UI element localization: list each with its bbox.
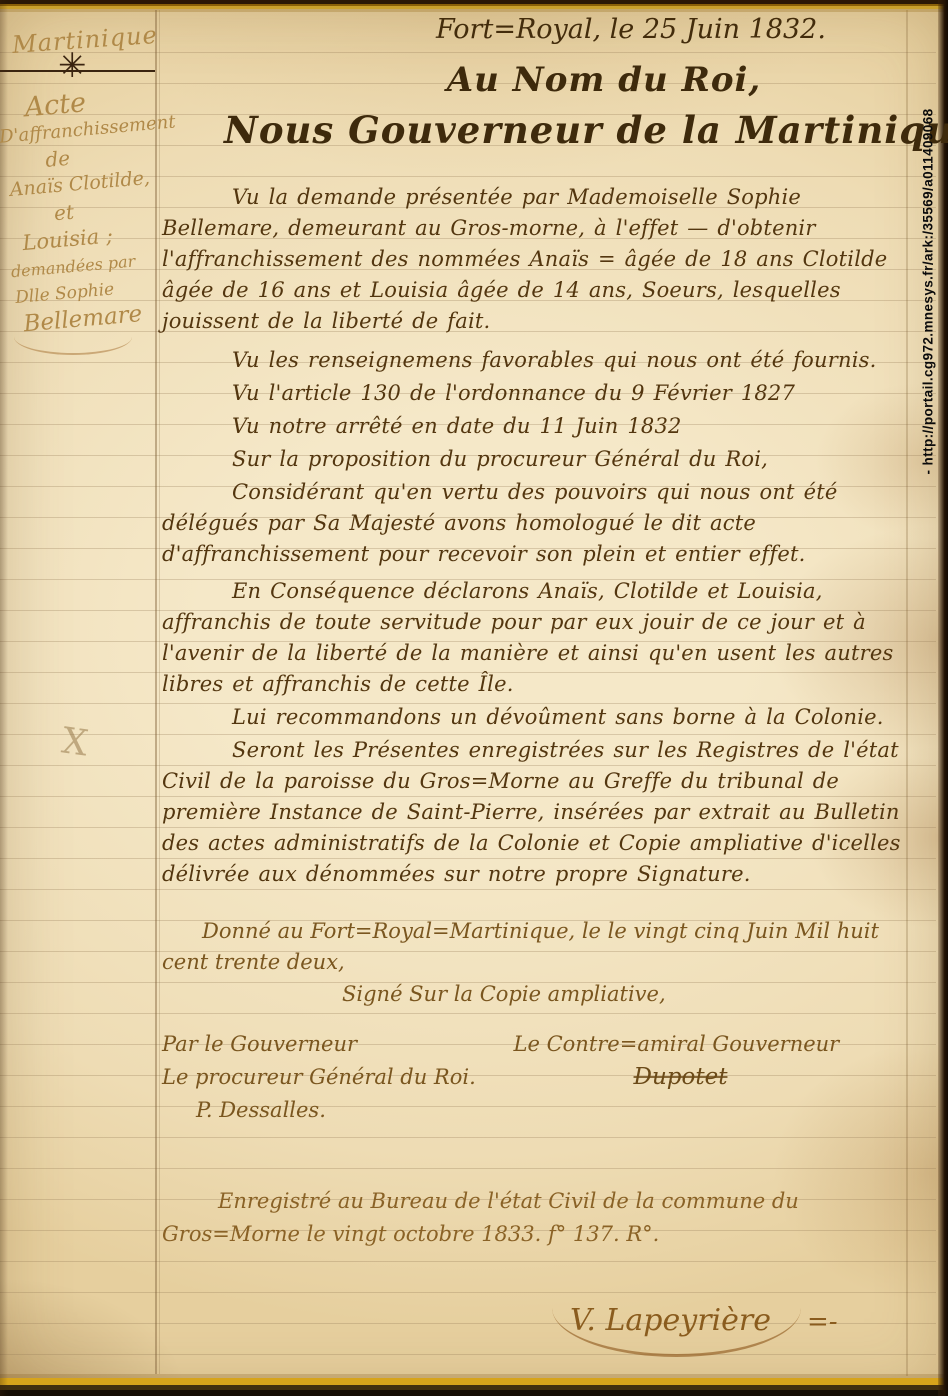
signature-name-dessalles: P. Dessalles. bbox=[162, 1094, 514, 1127]
signature-name-dupotet: Dupotet bbox=[514, 1061, 910, 1094]
margin-divider: ✳ bbox=[0, 70, 155, 72]
margin-x-mark: X bbox=[59, 720, 90, 764]
margin-column: Martinique ✳ Acte D'affranchissement de … bbox=[0, 0, 155, 355]
margin-flourish bbox=[14, 337, 132, 355]
right-scan-edge bbox=[938, 0, 948, 1396]
paragraph-renseignements: Vu les renseignemens favorables qui nous… bbox=[162, 345, 910, 376]
signature-right-column: Le Contre=amiral Gouverneur Dupotet bbox=[514, 1028, 910, 1127]
document-text: Fort=Royal, le 25 Juin 1832. Au Nom du R… bbox=[162, 14, 910, 1357]
paragraph-recommandation: Lui recommandons un dévoûment sans borne… bbox=[162, 702, 910, 733]
signature-line: Le Contre=amiral Gouverneur bbox=[514, 1028, 910, 1061]
manuscript-page: Martinique ✳ Acte D'affranchissement de … bbox=[0, 0, 948, 1396]
margin-rule-line-2 bbox=[159, 10, 160, 1374]
paragraph-enregistrement: Seront les Présentes enregistrées sur le… bbox=[162, 735, 910, 890]
bottom-binding-edge bbox=[0, 1372, 948, 1396]
final-signature-flourish: =- bbox=[807, 1307, 838, 1337]
margin-act-title: Acte D'affranchissement de Anaïs Clotild… bbox=[0, 84, 165, 339]
registration-note: Enregistré au Bureau de l'état Civil de … bbox=[162, 1185, 910, 1251]
signature-line: Par le Gouverneur bbox=[162, 1028, 514, 1061]
paragraph-arrete: Vu notre arrêté en date du 11 Juin 1832 bbox=[162, 411, 910, 442]
paragraph-proposition: Sur la proposition du procureur Général … bbox=[162, 444, 910, 475]
final-signature-name: V. Lapeyrière bbox=[552, 1303, 801, 1357]
dateline: Fort=Royal, le 25 Juin 1832. bbox=[257, 14, 948, 60]
final-signature: V. Lapeyrière=- bbox=[552, 1303, 910, 1357]
signature-left-column: Par le Gouverneur Le procureur Général d… bbox=[162, 1028, 514, 1127]
invocation-heading: Au Nom du Roi, bbox=[230, 60, 948, 108]
issuer-heading: Nous Gouverneur de la Martinique bbox=[224, 108, 948, 166]
closing-given-at: Donné au Fort=Royal=Martinique, le le vi… bbox=[162, 916, 910, 978]
signature-block: Par le Gouverneur Le procureur Général d… bbox=[162, 1028, 910, 1127]
archive-url: - http://portail.cg972.mnesys.fr/ark:/35… bbox=[921, 5, 938, 475]
star-ornament-icon: ✳ bbox=[58, 49, 87, 83]
paragraph-demande: Vu la demande présentée par Mademoiselle… bbox=[162, 182, 910, 337]
closing-signed-note: Signé Sur la Copie ampliative, bbox=[162, 982, 910, 1006]
signature-line: Le procureur Général du Roi. bbox=[162, 1061, 514, 1094]
paragraph-article-130: Vu l'article 130 de l'ordonnance du 9 Fé… bbox=[162, 378, 910, 409]
paragraph-declaration: En Conséquence déclarons Anaïs, Clotilde… bbox=[162, 576, 910, 700]
paragraph-considerant: Considérant qu'en vertu des pouvoirs qui… bbox=[162, 477, 910, 570]
